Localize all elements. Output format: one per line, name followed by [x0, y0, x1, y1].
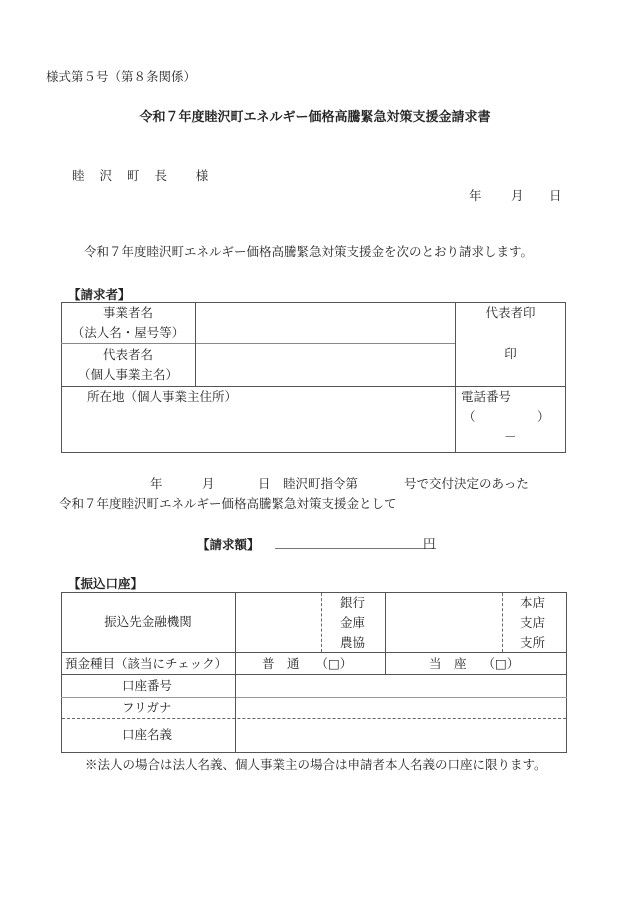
representative-field[interactable] [196, 344, 455, 386]
branch-name-field[interactable] [386, 593, 502, 652]
furigana-field[interactable] [236, 698, 566, 718]
phone-field[interactable] [470, 406, 536, 450]
intro-text: 令和７年度睦沢町エネルギー価格高騰緊急対策支援金を次のとおり請求します。 [84, 242, 533, 260]
page-title: 令和７年度睦沢町エネルギー価格高騰緊急対策支援金請求書 [0, 106, 630, 125]
seal-label: 代表者印 [456, 303, 565, 323]
checkbox-current[interactable]: （□） [483, 656, 520, 671]
date-year: 年 [469, 186, 482, 204]
addressee: 睦 沢 町 長 様 [72, 166, 210, 184]
account-holder-field[interactable] [236, 719, 566, 752]
institution-label: 振込先金融機関 [61, 612, 235, 632]
seal-mark: 印 [456, 344, 565, 364]
phone-label: 電話番号 [461, 388, 511, 406]
address-label: 所在地（個人事業主住所） [87, 388, 237, 406]
form-number: 様式第５号（第８条関係） [46, 67, 196, 85]
institution-types: 銀行 金庫 農協 [340, 593, 365, 653]
branch-types: 本店 支店 支所 [520, 593, 545, 653]
institution-name-field[interactable] [236, 593, 321, 652]
deposit-option-current[interactable]: 当 座 （□） [429, 654, 519, 674]
business-name-label: 事業者名 （法人名・屋号等） [61, 303, 195, 343]
claim-amount-underline [275, 548, 436, 549]
deposit-type-label: 預金種目（該当にチェック） [65, 654, 227, 674]
furigana-label: フリガナ [122, 698, 171, 718]
address-field[interactable] [62, 406, 455, 452]
phone-paren-close: ） [537, 407, 550, 425]
deposit-option-ordinary[interactable]: 普 通 （□） [262, 654, 352, 674]
account-holder-label: 口座名義 [122, 725, 172, 745]
checkbox-ordinary[interactable]: （□） [316, 656, 353, 671]
claim-amount-label: 【請求額】 [197, 535, 260, 553]
business-name-field[interactable] [196, 303, 455, 343]
date-month: 月 [511, 186, 524, 204]
claim-amount-field[interactable] [275, 533, 423, 549]
account-note: ※法人の場合は法人名義、個人事業主の場合は申請者本人名義の口座に限ります。 [85, 755, 547, 773]
claimant-heading: 【請求者】 [68, 285, 131, 303]
bank-heading: 【振込口座】 [68, 574, 143, 592]
account-number-field[interactable] [236, 675, 566, 697]
representative-label: 代表者名 （個人事業主名） [61, 345, 195, 385]
date-day: 日 [549, 186, 562, 204]
claim-amount-unit: 円 [423, 534, 436, 552]
account-number-label: 口座番号 [122, 676, 172, 696]
